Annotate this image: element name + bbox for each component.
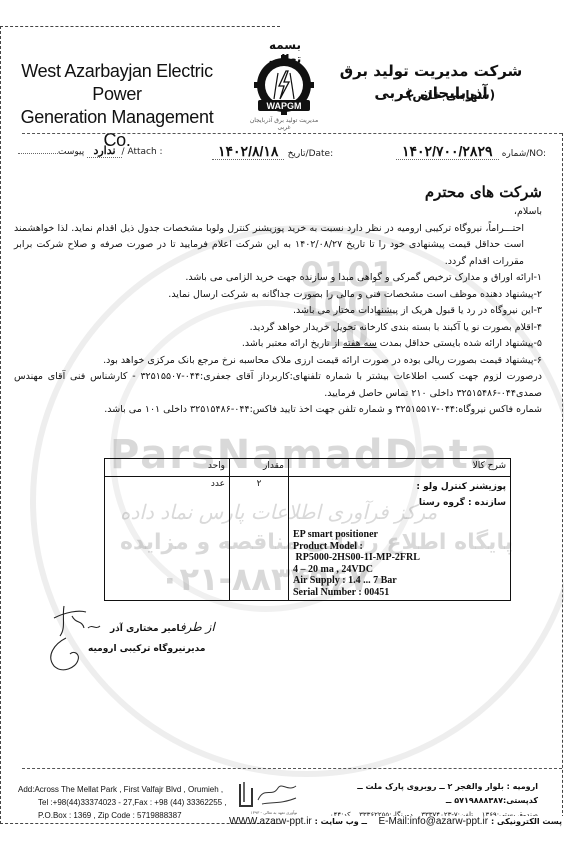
page-border-left bbox=[0, 26, 1, 824]
cell-unit: عدد bbox=[105, 477, 230, 601]
spec-line: RP5000-2HS00-1I-MP-2FRL bbox=[293, 552, 506, 564]
excellence-stamp-icon: نوآوری تعهد به تعالی - ۱۳۹۳ bbox=[234, 778, 304, 816]
page-border-top bbox=[0, 26, 280, 27]
table-header-row: شرح کالا مقدار واحد bbox=[105, 459, 511, 477]
address-en-line1: Add:Across The Mellat Park , First Valfa… bbox=[18, 783, 228, 796]
company-name-english: West Azarbayjan Electric Power Generatio… bbox=[12, 60, 222, 152]
signatory-name: از طرفامیر مختاری آذر bbox=[110, 620, 215, 634]
spec-line: 4 – 20 ma , 24VDC bbox=[293, 564, 506, 576]
attach-field: ندارد پیوست/ Attach : bbox=[18, 143, 163, 157]
goods-table: شرح کالا مقدار واحد پوزیشنر کنترل ولو : … bbox=[104, 458, 511, 601]
footer-divider bbox=[22, 768, 562, 769]
condition-2: ۲-پیشنهاد دهنده موظف است مشخصات فنی و ما… bbox=[14, 287, 542, 304]
spec-line: EP smart positioner bbox=[293, 529, 506, 541]
header-quantity: مقدار bbox=[230, 459, 289, 477]
number-label: شماره/NO: bbox=[502, 149, 546, 159]
date-label: تاریخ/Date: bbox=[288, 149, 334, 159]
condition-6: ۶-پیشنهاد قیمت بصورت ریالی بوده در صورت … bbox=[14, 353, 542, 370]
condition-4: ۴-اقلام بصورت نو یا آکبند با بسته بندی ک… bbox=[14, 320, 542, 337]
company-name-en-line1: West Azarbayjan Electric Power bbox=[12, 60, 222, 106]
address-en-line2: Tel :+98(44)33374023 - 27,Fax : +98 (44)… bbox=[18, 796, 228, 809]
fax-paragraph: شماره فاکس نیروگاه:۰۴۴-۳۲۵۱۵۵۱۷ و شماره … bbox=[14, 402, 542, 419]
handwritten-signature-icon bbox=[36, 598, 106, 678]
spec-line: Serial Number : 00451 bbox=[293, 587, 506, 599]
addressee: شرکت های محترم bbox=[425, 183, 542, 201]
date-field: ۱۴۰۲/۸/۱۸ تاریخ/Date: bbox=[212, 143, 333, 160]
spec-line: Air Supply : 1.4 ... 7 Bar bbox=[293, 575, 506, 587]
header-divider bbox=[22, 133, 562, 134]
contact-paragraph: درصورت لزوم جهت کسب اطلاعات بیشتر با شما… bbox=[14, 369, 542, 402]
item-title: پوزیشنر کنترل ولو : bbox=[293, 479, 506, 495]
address-fa-line1: ارومیه : بلوار والفجر ۲ ــ روبروی پارک م… bbox=[298, 780, 538, 808]
svg-text:نوآوری تعهد به تعالی - ۱۳۹۳: نوآوری تعهد به تعالی - ۱۳۹۳ bbox=[251, 810, 298, 815]
greeting: باسلام، bbox=[14, 204, 542, 221]
validity-period: سه هفته bbox=[343, 338, 377, 349]
logo-caption: مدیریت تولید برق آذربایجان غربی bbox=[248, 117, 320, 131]
intro-paragraph: احتـــراماً، نیروگاه ترکیبی ارومیه در نظ… bbox=[14, 221, 542, 271]
letter-body: باسلام، احتـــراماً، نیروگاه ترکیبی اروم… bbox=[14, 204, 542, 419]
spec-line: Product Model : bbox=[293, 541, 506, 553]
signatory-title: مدیرنیروگاه ترکیبی ارومیه bbox=[88, 644, 205, 654]
cell-quantity: ۲ bbox=[230, 477, 289, 601]
number-field: ۱۴۰۲/۷۰۰/۲۸۲۹ شماره/NO: bbox=[396, 143, 546, 160]
condition-3: ۳-این نیروگاه در رد یا قبول هریک از پیشن… bbox=[14, 303, 542, 320]
date-value: ۱۴۰۲/۸/۱۸ bbox=[212, 143, 284, 160]
header-description: شرح کالا bbox=[289, 459, 511, 477]
item-manufacturer: سازنده : گروه رستا bbox=[293, 495, 506, 511]
website-link[interactable]: WWW.azarw-ppt.ir bbox=[229, 816, 312, 827]
address-en-line3: P.O.Box : 1369 , Zip Code : 5719888387 bbox=[18, 809, 228, 822]
attach-value: ندارد bbox=[87, 145, 121, 158]
website-label: ــ وب سایت : bbox=[315, 817, 367, 826]
email-link[interactable]: E-Mail:info@azarw-ppt.ir bbox=[378, 816, 488, 827]
email-label: پست الکترونیکی : bbox=[491, 817, 562, 826]
condition-1: ۱-ارائه اوراق و مدارک ترخیص گمرکی و گواه… bbox=[14, 270, 542, 287]
condition-5: ۵-پیشنهاد ارائه شده بایستی حداقل بمدت سه… bbox=[14, 336, 542, 353]
svg-text:WAPGM: WAPGM bbox=[267, 101, 302, 111]
table-row: پوزیشنر کنترل ولو : سازنده : گروه رستا E… bbox=[105, 477, 511, 601]
letter-meta: ندارد پیوست/ Attach : ۱۴۰۲/۸/۱۸ تاریخ/Da… bbox=[18, 143, 558, 163]
item-specs: EP smart positioner Product Model : RP50… bbox=[293, 529, 506, 598]
header-unit: واحد bbox=[105, 459, 230, 477]
number-value: ۱۴۰۲/۷۰۰/۲۸۲۹ bbox=[396, 143, 499, 160]
company-type: (سهامی خاص) bbox=[346, 88, 556, 102]
cell-description: پوزیشنر کنترل ولو : سازنده : گروه رستا E… bbox=[289, 477, 511, 601]
contact-line: پست الکترونیکی : E-Mail:info@azarw-ppt.i… bbox=[280, 816, 564, 827]
address-english: Add:Across The Mellat Park , First Valfa… bbox=[18, 783, 228, 822]
